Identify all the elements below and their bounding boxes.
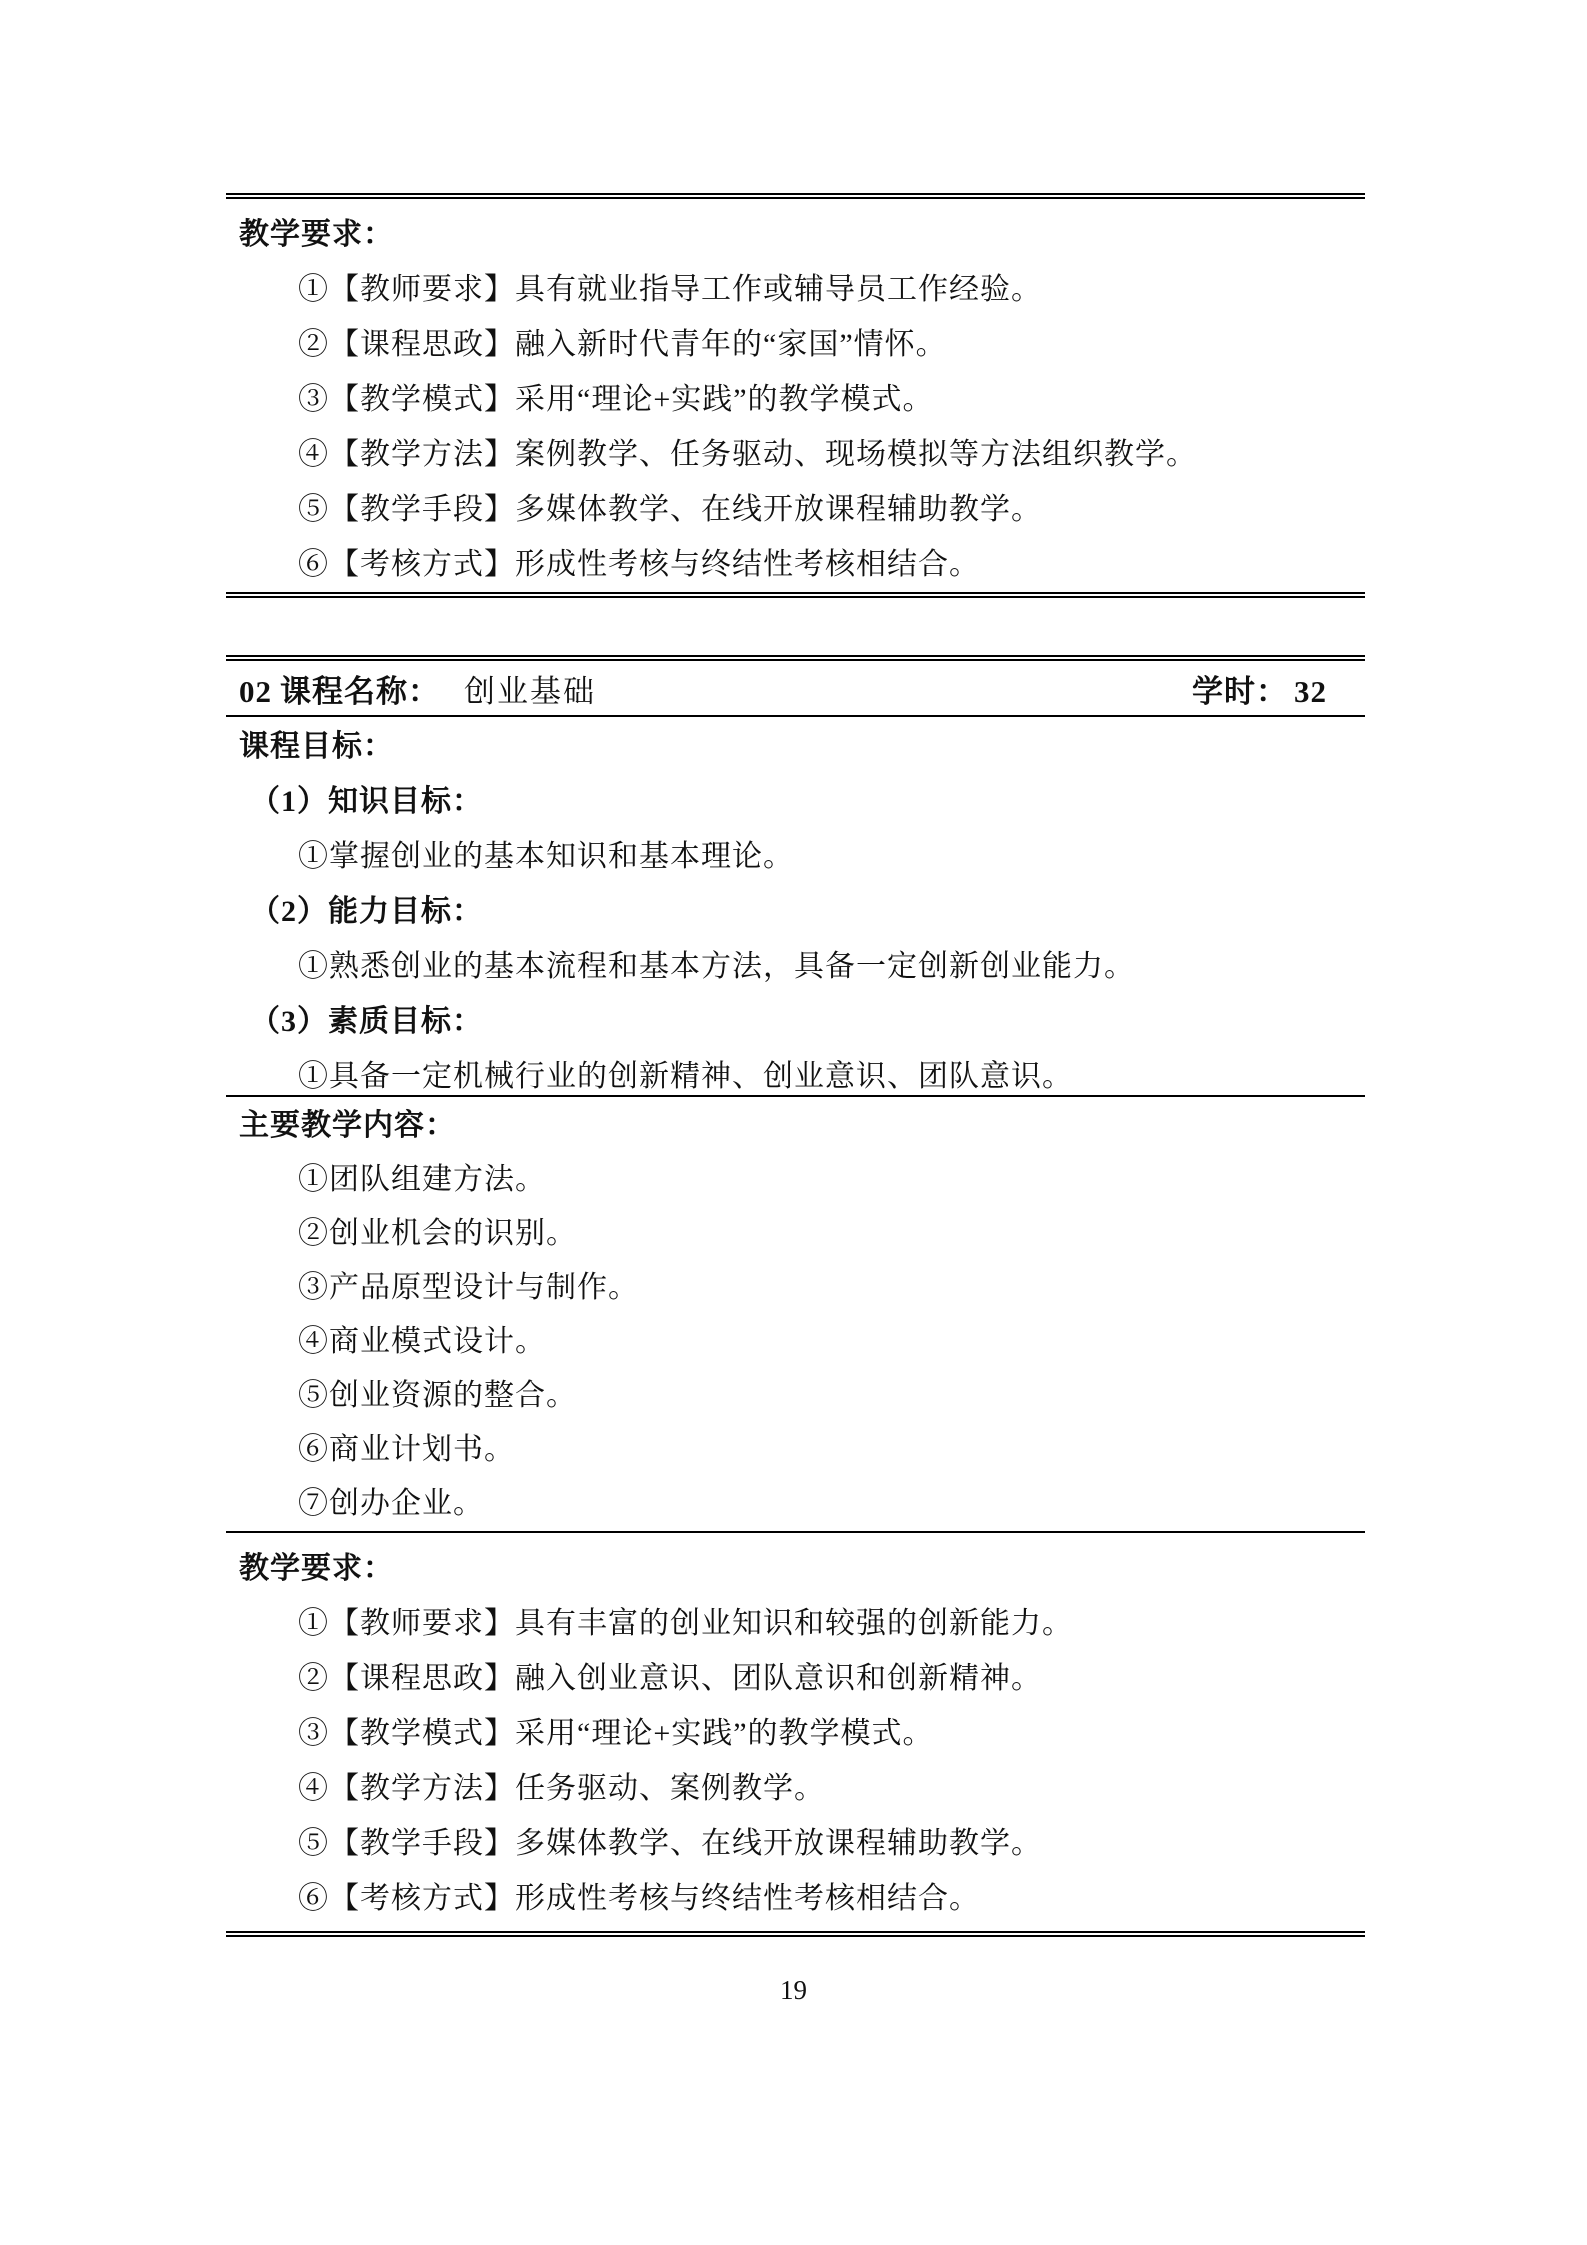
course-title-left: 02 课程名称： 创业基础 [239, 666, 596, 711]
teaching-requirements-heading: 教学要求： [226, 1541, 1365, 1596]
content-item: ④商业模式设计。 [226, 1315, 1365, 1369]
objective-group-label: （3）素质目标： [226, 994, 1365, 1049]
hours-value: 32 [1294, 674, 1327, 709]
content-item: ⑥商业计划书。 [226, 1423, 1365, 1477]
course-hours: 学时：32 [1192, 666, 1327, 711]
course-objectives-heading: 课程目标： [226, 719, 1365, 774]
content-item: ③产品原型设计与制作。 [226, 1261, 1365, 1315]
course-name-label: 课程名称： [280, 666, 440, 711]
requirement-item: ④【教学方法】任务驱动、案例教学。 [226, 1761, 1365, 1816]
requirement-item: ⑤【教学手段】多媒体教学、在线开放课程辅助教学。 [226, 1816, 1365, 1871]
objective-item: ①熟悉创业的基本流程和基本方法，具备一定创新创业能力。 [226, 939, 1365, 994]
content-item: ⑤创业资源的整合。 [226, 1369, 1365, 1423]
document-page: 教学要求： ①【教师要求】具有就业指导工作或辅导员工作经验。 ②【课程思政】融入… [0, 0, 1587, 2245]
requirement-item: ④【教学方法】案例教学、任务驱动、现场模拟等方法组织教学。 [226, 427, 1365, 482]
page-number: 19 [0, 1975, 1587, 2006]
teaching-content-block: 主要教学内容： ①团队组建方法。 ②创业机会的识别。 ③产品原型设计与制作。 ④… [226, 1097, 1365, 1533]
objective-group-label: （2）能力目标： [226, 884, 1365, 939]
teaching-content-heading: 主要教学内容： [226, 1099, 1365, 1153]
hours-label: 学时： [1192, 674, 1288, 709]
content-item: ②创业机会的识别。 [226, 1207, 1365, 1261]
requirement-item: ⑤【教学手段】多媒体教学、在线开放课程辅助教学。 [226, 482, 1365, 537]
teaching-requirements-block-02: 教学要求： ①【教师要求】具有丰富的创业知识和较强的创新能力。 ②【课程思政】融… [226, 1533, 1365, 1931]
content-item: ①团队组建方法。 [226, 1153, 1365, 1207]
course-name-value: 创业基础 [464, 666, 596, 711]
section-course-02: 02 课程名称： 创业基础 学时：32 课程目标： （1）知识目标： ①掌握创业… [226, 655, 1365, 1937]
course-objectives-block: 课程目标： （1）知识目标： ①掌握创业的基本知识和基本理论。 （2）能力目标：… [226, 717, 1365, 1097]
requirement-item: ①【教师要求】具有丰富的创业知识和较强的创新能力。 [226, 1596, 1365, 1651]
requirement-item: ②【课程思政】融入新时代青年的“家国”情怀。 [226, 317, 1365, 372]
objective-group-label: （1）知识目标： [226, 774, 1365, 829]
requirement-item: ③【教学模式】采用“理论+实践”的教学模式。 [226, 372, 1365, 427]
objective-item: ①掌握创业的基本知识和基本理论。 [226, 829, 1365, 884]
teaching-requirements-heading: 教学要求： [226, 207, 1365, 262]
content-item: ⑦创办企业。 [226, 1477, 1365, 1531]
requirement-item: ③【教学模式】采用“理论+实践”的教学模式。 [226, 1706, 1365, 1761]
objective-item: ①具备一定机械行业的创新精神、创业意识、团队意识。 [226, 1049, 1365, 1097]
requirement-item: ①【教师要求】具有就业指导工作或辅导员工作经验。 [226, 262, 1365, 317]
requirement-item: ⑥【考核方式】形成性考核与终结性考核相结合。 [226, 1871, 1365, 1926]
section-teaching-requirements-01: 教学要求： ①【教师要求】具有就业指导工作或辅导员工作经验。 ②【课程思政】融入… [226, 193, 1365, 598]
requirement-item: ②【课程思政】融入创业意识、团队意识和创新精神。 [226, 1651, 1365, 1706]
course-number: 02 [239, 674, 272, 710]
requirement-item: ⑥【考核方式】形成性考核与终结性考核相结合。 [226, 537, 1365, 592]
course-title-row: 02 课程名称： 创业基础 学时：32 [226, 661, 1365, 717]
